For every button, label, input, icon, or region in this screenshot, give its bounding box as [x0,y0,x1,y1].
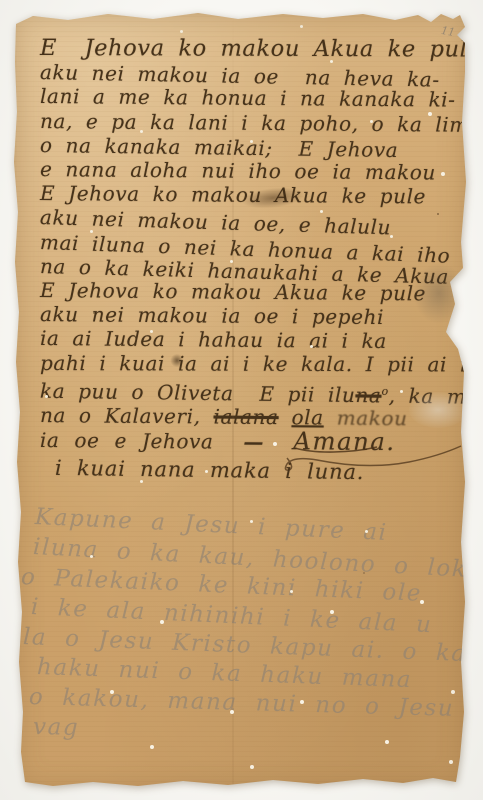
line-segment [263,430,293,454]
ink-line: E Jehova ko makou Akua ke pule [40,181,464,209]
line-segment [278,405,291,429]
postscript-line: i kuai nana maka i luna. [55,456,365,484]
line-segment: — [243,430,263,454]
line-segment: na [355,383,381,407]
line-segment: ia oe e Jehova [40,428,244,454]
ink-text-block: E Jehova ko makou Akua ke puleaku nei ma… [40,36,464,452]
line-segment: aku nei makou ia oe i pepehi [40,302,384,329]
paper-specks [13,12,16,15]
line-segment: , ka mau [389,383,483,408]
line-segment: E Jehova ko makou Akua ke pule [40,181,426,208]
photo-background: 11 E Jehova ko makou Akua ke puleaku nei… [0,0,483,800]
line-segment: ia ai Iudea i hahau ia ai i ka [40,326,387,353]
pencil-text-block: Kapune a Jesu i pure aiiluna o ka kau, h… [21,502,465,742]
ink-line: lani a me ka honua i na kanaka ki- [40,84,464,112]
ink-line: ia ai Iudea i hahau ia ai i ka [40,326,464,354]
ink-line: na o Kalaveri, ialana ola makou [40,403,464,431]
line-segment: E Jehova ko makou Akua ke pule [40,278,426,305]
line-segment: na o Kalaveri, [40,403,214,429]
line-segment: vag [33,714,80,741]
paper-specks [13,12,17,16]
line-segment: na, e pa ka lani i ka poho, o ka lima [40,109,482,137]
ink-line: ia oe e Jehova — Amana. [40,427,464,456]
ink-line: na, e pa ka lani i ka poho, o ka lima [40,109,464,137]
ink-line: E Jehova ko makou Akua ke pule [40,36,464,62]
line-segment: pahi i kuai ia ai i ke kala. I pii ai i [40,351,467,376]
line-segment: E Jehova ko makou Akua ke pule [40,35,481,63]
manuscript-paper: 11 E Jehova ko makou Akua ke puleaku nei… [13,12,468,792]
line-segment: Amana. [293,426,396,456]
dark-specks [13,12,15,14]
paper-shadow-wrap: 11 E Jehova ko makou Akua ke puleaku nei… [0,0,483,800]
line-segment: lani a me ka honua i na kanaka ki- [40,84,456,112]
line-segment: e nana aloha nui iho oe ia makou [40,157,436,184]
line-segment: ialana [213,404,278,429]
ink-line: pahi i kuai ia ai i ke kala. I pii ai i [40,351,464,377]
